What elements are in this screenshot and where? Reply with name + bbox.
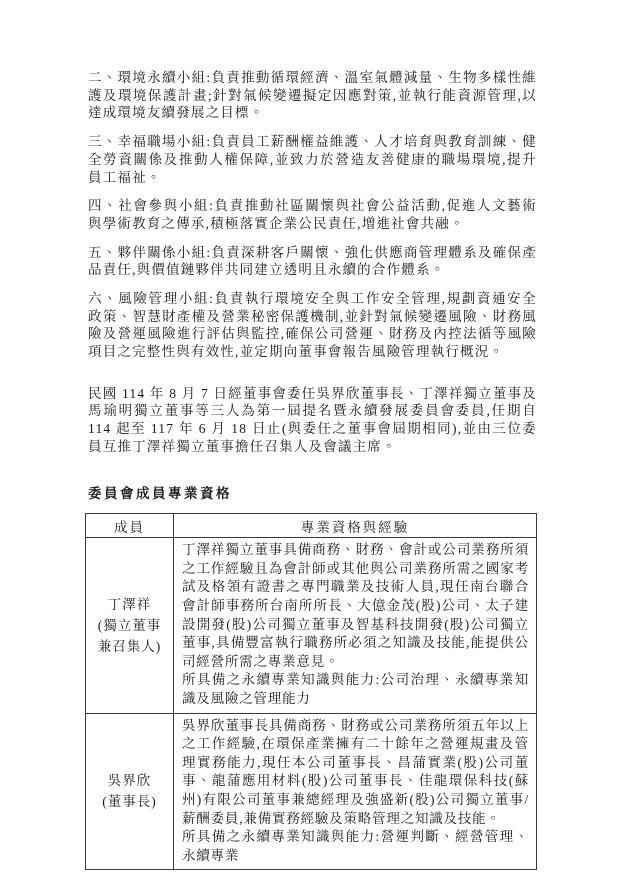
document-content: 二、環境永續小組:負責推動循環經濟、溫室氣體減量、生物多樣性維護及環境保護計畫;… bbox=[88, 69, 537, 870]
qualification-esg-knowledge-text: 所具備之永續專業知識與能力:營運判斷、經營管理、永續專業 bbox=[182, 828, 529, 865]
qualification-experience-text: 丁澤祥獨立董事具備商務、財務、會計或公司業務所須之工作經驗且為會計師或其他與公司… bbox=[182, 541, 529, 671]
section-heading-member-qualifications: 委員會成員專業資格 bbox=[88, 485, 537, 503]
paragraph-committee-appointment: 民國 114 年 8 月 7 日經董事會委任吳界欣董事長、丁澤祥獨立董事及馬瑜明… bbox=[88, 385, 537, 455]
member-name-ding-tse-hsiang: 丁澤祥 (獨立董事 兼召集人) bbox=[86, 538, 174, 713]
paragraph-social-group: 四、社會參與小組:負責推動社區關懷與社會公益活動,促進人文藝術與學術教育之傳承,… bbox=[88, 197, 537, 232]
member-name-wu-chieh-hsin: 吳界欣 (董事長) bbox=[86, 713, 174, 870]
paragraph-risk-group: 六、風險管理小組:負責執行環境安全與工作安全管理,規劃資通安全政策、智慧財產權及… bbox=[88, 290, 537, 361]
qualification-cell-wu-chieh-hsin: 吳界欣董事長具備商務、財務或公司業務所須五年以上之工作經驗,在環保產業擁有二十餘… bbox=[174, 713, 537, 870]
table-header-qualification: 專業資格與經驗 bbox=[174, 514, 537, 538]
paragraph-partner-group: 五、夥伴關係小組:負責深耕客戶關懷、強化供應商管理體系及確保產品責任,與價值鏈夥… bbox=[88, 244, 537, 279]
qualification-table: 成員 專業資格與經驗 丁澤祥 (獨立董事 兼召集人) 丁澤祥獨立董事具備商務、財… bbox=[85, 513, 537, 870]
document-page: 二、環境永續小組:負責推動循環經濟、溫室氣體減量、生物多樣性維護及環境保護計畫;… bbox=[0, 0, 621, 878]
table-row-ding-tse-hsiang: 丁澤祥 (獨立董事 兼召集人) 丁澤祥獨立董事具備商務、財務、會計或公司業務所須… bbox=[86, 538, 537, 713]
qualification-cell-ding-tse-hsiang: 丁澤祥獨立董事具備商務、財務、會計或公司業務所須之工作經驗且為會計師或其他與公司… bbox=[174, 538, 537, 713]
qualification-esg-knowledge-text: 所具備之永續專業知識與能力:公司治理、永續專業知識及風險之管理能力 bbox=[182, 671, 529, 708]
table-row-wu-chieh-hsin: 吳界欣 (董事長) 吳界欣董事長具備商務、財務或公司業務所須五年以上之工作經驗,… bbox=[86, 713, 537, 870]
table-header-member: 成員 bbox=[86, 514, 174, 538]
paragraph-environment-group: 二、環境永續小組:負責推動循環經濟、溫室氣體減量、生物多樣性維護及環境保護計畫;… bbox=[88, 69, 537, 122]
qualification-table-body: 丁澤祥 (獨立董事 兼召集人) 丁澤祥獨立董事具備商務、財務、會計或公司業務所須… bbox=[86, 538, 537, 870]
paragraph-workplace-group: 三、幸福職場小組:負責員工薪酬權益維護、人才培育與教育訓練、健全勞資關係及推動人… bbox=[88, 133, 537, 186]
qualification-table-head: 成員 專業資格與經驗 bbox=[86, 514, 537, 538]
qualification-experience-text: 吳界欣董事長具備商務、財務或公司業務所須五年以上之工作經驗,在環保產業擁有二十餘… bbox=[182, 717, 529, 829]
table-header-row: 成員 專業資格與經驗 bbox=[86, 514, 537, 538]
